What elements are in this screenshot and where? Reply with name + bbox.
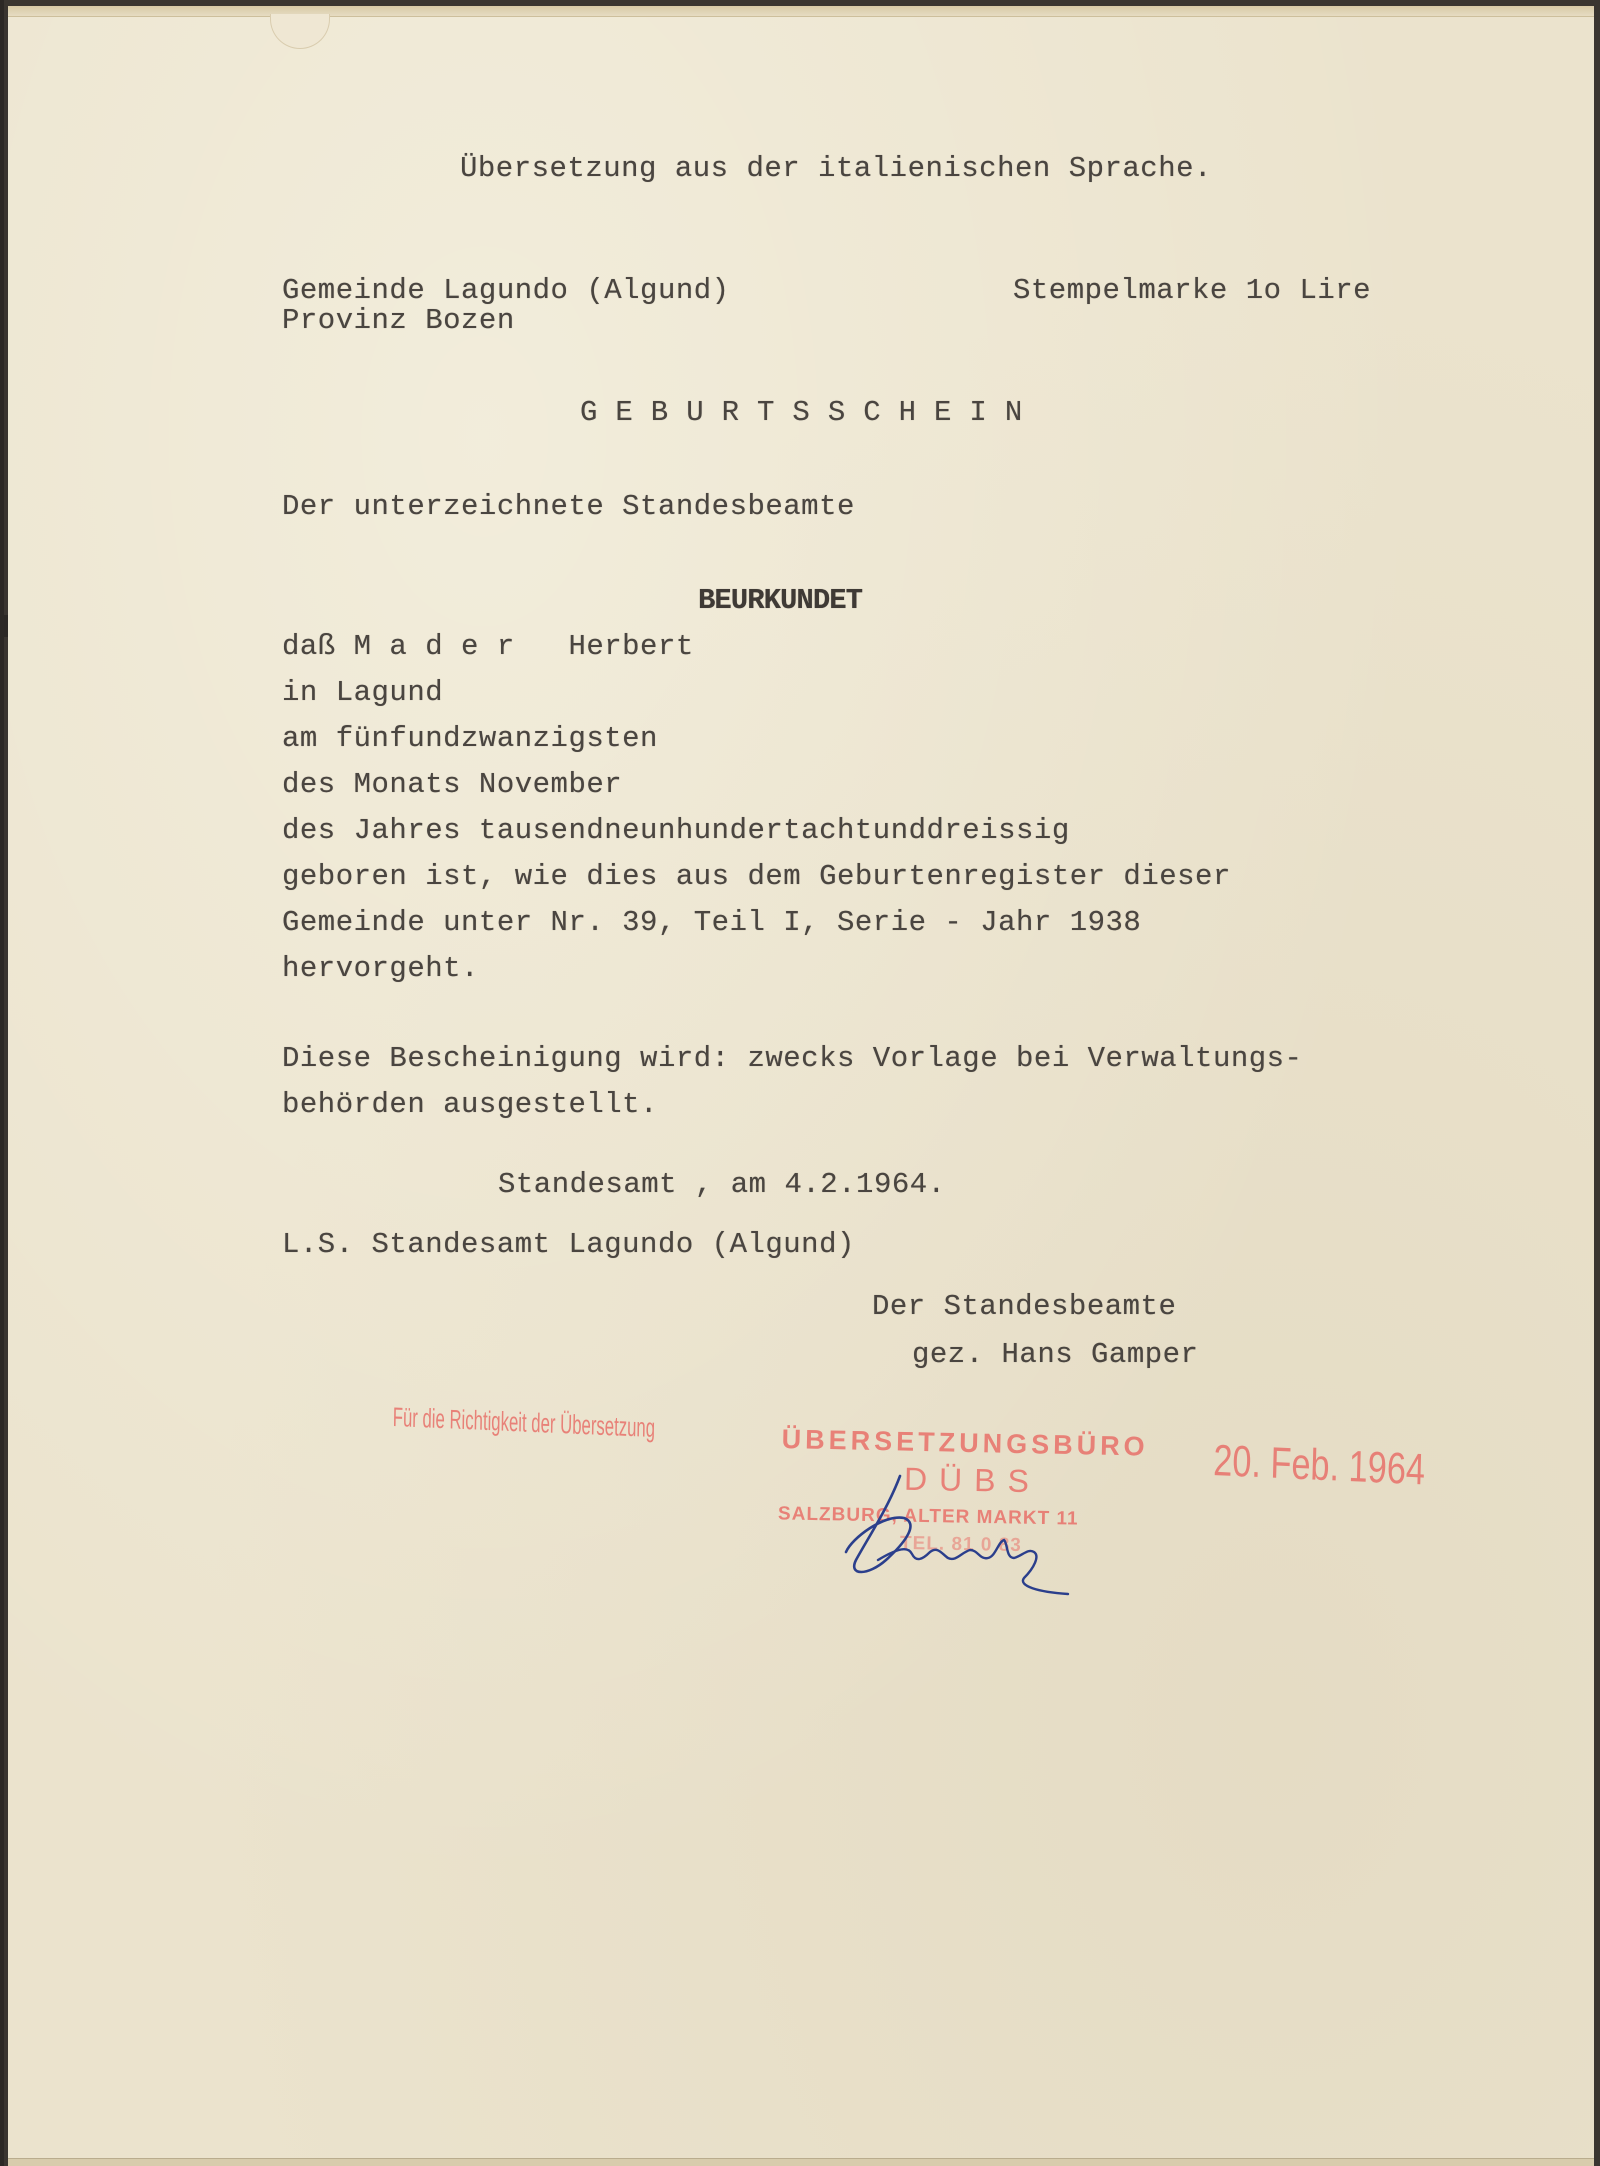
scan-left-edge — [0, 0, 4, 2166]
certifies-heading: BEURKUNDET — [698, 584, 862, 617]
page-bottom-edge — [8, 2158, 1594, 2166]
document-title: GEBURTSSCHEIN — [580, 396, 1040, 429]
document-page — [8, 6, 1594, 2158]
body-line: daß M a d e r Herbert — [282, 630, 694, 663]
body-line: am fünfundzwanzigsten — [282, 722, 658, 755]
body-line: des Jahres tausendneunhundertachtunddrei… — [282, 814, 1070, 847]
signatory-name: gez. Hans Gamper — [912, 1338, 1198, 1371]
body-line: des Monats November — [282, 768, 622, 801]
body-line: geboren ist, wie dies aus dem Geburtenre… — [282, 860, 1231, 893]
body-line: in Lagund — [282, 676, 443, 709]
place-date: Standesamt , am 4.2.1964. — [498, 1168, 946, 1201]
handwritten-signature — [838, 1468, 1138, 1598]
municipality: Gemeinde Lagundo (Algund) — [282, 274, 730, 307]
stamp-mark: Stempelmarke 1o Lire — [1013, 274, 1371, 307]
seal-line: L.S. Standesamt Lagundo (Algund) — [282, 1228, 855, 1261]
purpose-line: Diese Bescheinigung wird: zwecks Vorlage… — [282, 1042, 1302, 1075]
tape-notch — [270, 14, 330, 49]
date-stamp: 20. Feb. 1964 — [1213, 1436, 1426, 1495]
intro-line: Der unterzeichnete Standesbeamte — [282, 490, 855, 523]
translation-note: Übersetzung aus der italienischen Sprach… — [460, 152, 1212, 185]
purpose-line: behörden ausgestellt. — [282, 1088, 658, 1121]
body-line: hervorgeht. — [282, 952, 479, 985]
top-tape-strip — [8, 6, 1594, 17]
province: Provinz Bozen — [282, 304, 515, 337]
signatory-title: Der Standesbeamte — [872, 1290, 1176, 1323]
body-line: Gemeinde unter Nr. 39, Teil I, Serie - J… — [282, 906, 1141, 939]
